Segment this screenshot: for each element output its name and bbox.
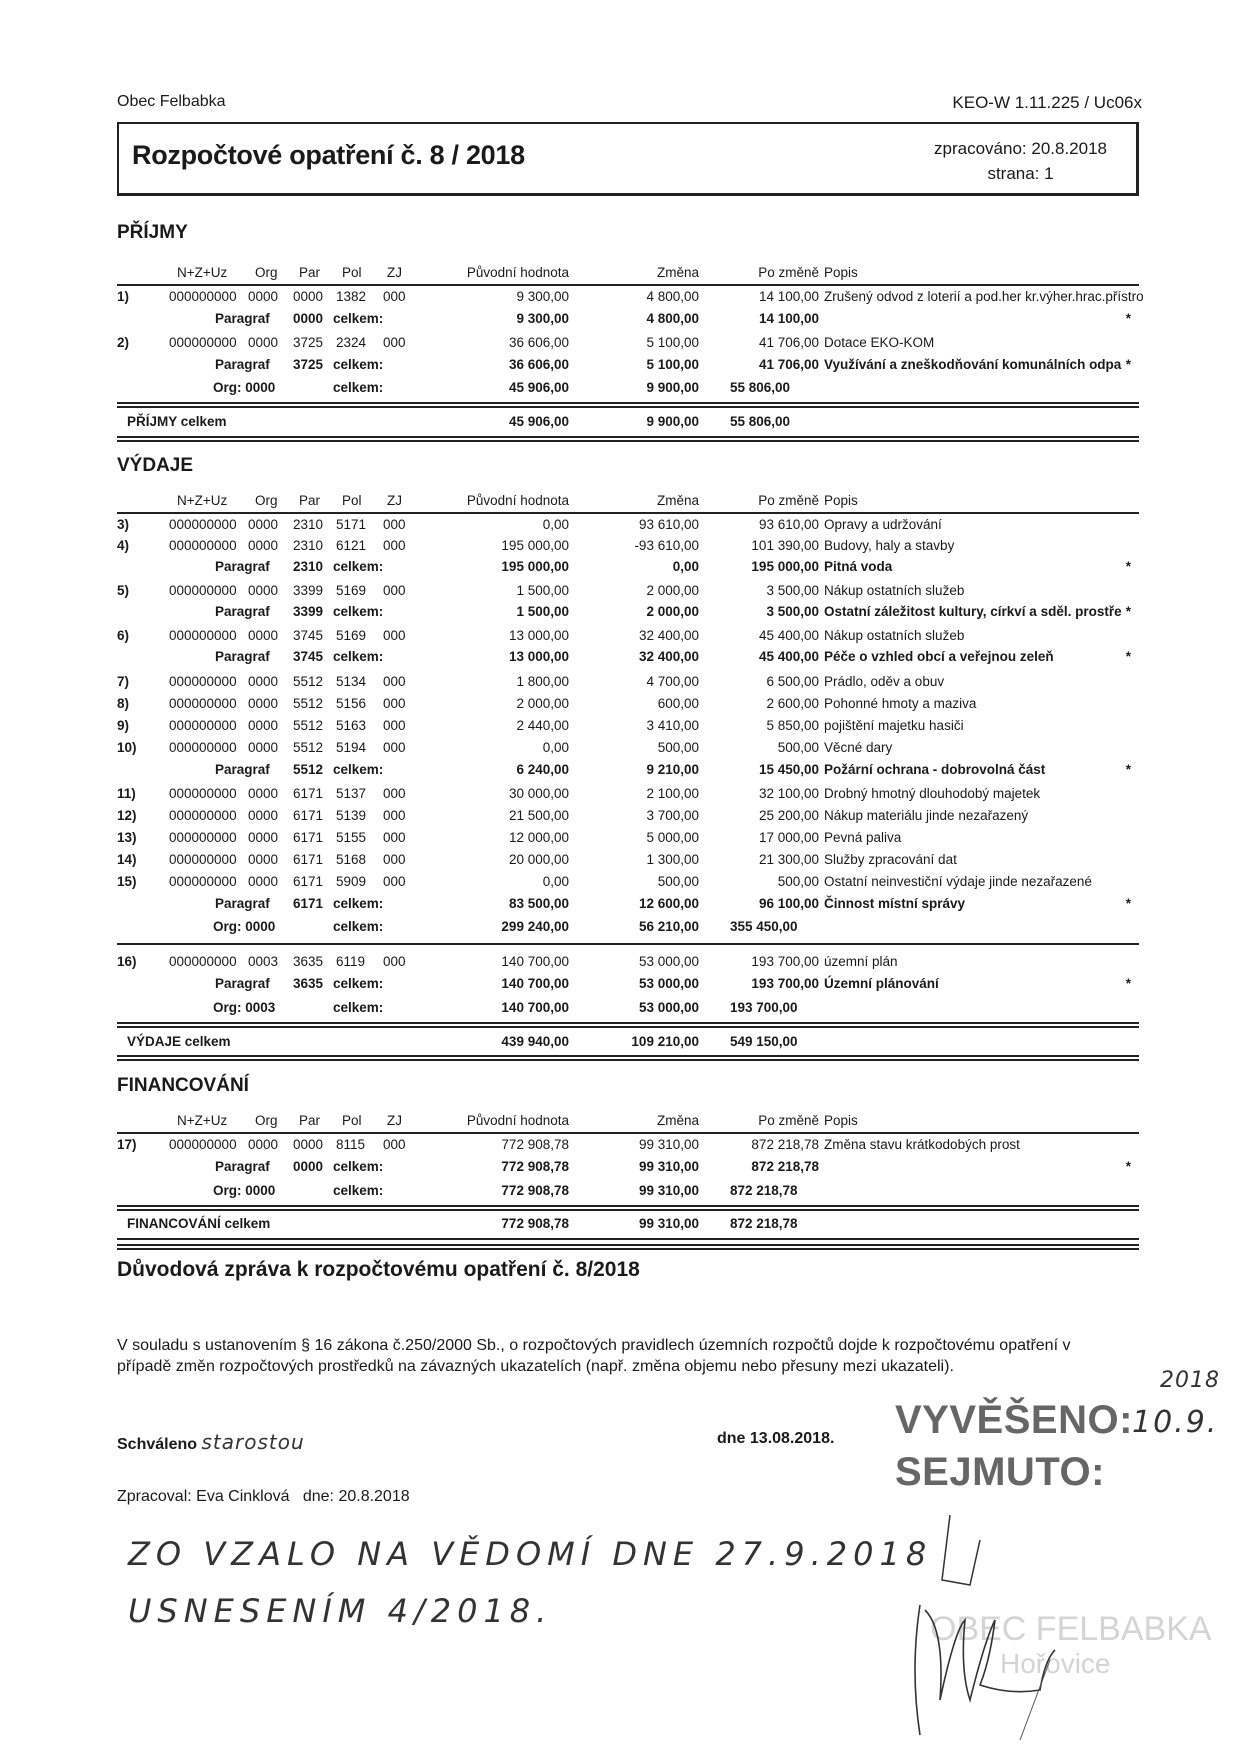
- subtotal-code: 3399: [293, 604, 323, 619]
- vydaje-section-title: VÝDAJE: [117, 455, 193, 477]
- divider: [117, 1055, 1139, 1061]
- asterisk-marker: *: [1126, 1159, 1131, 1174]
- cell-par: 6171: [293, 852, 323, 867]
- cell-original-value: 9 300,00: [516, 311, 569, 326]
- cell-change: 600,00: [658, 696, 699, 711]
- table-row: 1)0000000000000000013820009 300,004 800,…: [117, 287, 1139, 307]
- cell-zj: 000: [383, 517, 406, 532]
- cell-org: 0000: [248, 808, 278, 823]
- cell-after-change: 45 400,00: [759, 649, 819, 664]
- row-number: 8): [117, 696, 129, 711]
- org-total-label: Org: 0000: [213, 919, 275, 934]
- table-row: 8)0000000000000551251560002 000,00600,00…: [117, 694, 1139, 714]
- cell-org: 0000: [248, 852, 278, 867]
- cell-after-change: 32 100,00: [759, 786, 819, 801]
- column-header-zj: ZJ: [387, 493, 402, 508]
- cell-original-value: 772 908,78: [501, 1159, 569, 1174]
- cell-zj: 000: [383, 874, 406, 889]
- table-row: 11)00000000000006171513700030 000,002 10…: [117, 784, 1139, 804]
- subtotal-label: Paragraf: [215, 896, 270, 911]
- asterisk-marker: *: [1126, 559, 1131, 574]
- subtotal-code: 3725: [293, 357, 323, 372]
- cell-change: 93 610,00: [639, 517, 699, 532]
- paragraf-subtotal-row: Paragraf0000celkem:9 300,004 800,0014 10…: [117, 309, 1139, 329]
- cell-par: 6171: [293, 830, 323, 845]
- paragraf-subtotal-row: Paragraf3399celkem:1 500,002 000,003 500…: [117, 602, 1139, 622]
- cell-change: 9 210,00: [646, 762, 699, 777]
- cell-zj: 000: [383, 954, 406, 969]
- cell-par: 6171: [293, 786, 323, 801]
- table-row: 16)000000000000336356119000140 700,0053 …: [117, 952, 1139, 972]
- cell-original-value: 9 300,00: [516, 289, 569, 304]
- processed-date: zpracováno: 20.8.2018: [934, 136, 1107, 161]
- cell-org: 0000: [248, 696, 278, 711]
- total-change: 109 210,00: [631, 1034, 699, 1049]
- org-subtotal-row: Org: 0003celkem:140 700,0053 000,00193 7…: [117, 998, 1139, 1018]
- asterisk-marker: *: [1126, 357, 1131, 372]
- total-change: 99 310,00: [639, 1216, 699, 1231]
- table-row: 3)0000000000000231051710000,0093 610,009…: [117, 515, 1139, 535]
- page-number: strana: 1: [934, 161, 1107, 186]
- cell-change: 9 900,00: [646, 380, 699, 395]
- cell-original-value: 1 500,00: [516, 604, 569, 619]
- cell-original-value: 0,00: [543, 740, 569, 755]
- column-header-original: Původní hodnota: [467, 1113, 569, 1128]
- cell-zj: 000: [383, 583, 406, 598]
- posted-stamp: VYVĚŠENO:: [895, 1398, 1133, 1443]
- explanation-text: V souladu s ustanovením § 16 zákona č.25…: [117, 1335, 1117, 1377]
- cell-par: 5512: [293, 740, 323, 755]
- cell-org: 0000: [248, 718, 278, 733]
- cell-original-value: 195 000,00: [501, 559, 569, 574]
- column-header-org: Org: [255, 265, 278, 280]
- cell-par: 3635: [293, 954, 323, 969]
- cell-zj: 000: [383, 696, 406, 711]
- cell-description: Věcné dary: [824, 740, 892, 755]
- cell-nzuz: 000000000: [169, 852, 237, 867]
- cell-change: 99 310,00: [639, 1159, 699, 1174]
- org-total-total-label: celkem:: [333, 1000, 383, 1015]
- org-total-label: Org: 0000: [213, 380, 275, 395]
- cell-change: 32 400,00: [639, 649, 699, 664]
- cell-change: 53 000,00: [639, 1000, 699, 1015]
- row-number: 6): [117, 628, 129, 643]
- cell-original-value: 772 908,78: [501, 1183, 569, 1198]
- cell-zj: 000: [383, 808, 406, 823]
- table-row: 6)00000000000003745516900013 000,0032 40…: [117, 626, 1139, 646]
- cell-nzuz: 000000000: [169, 874, 237, 889]
- asterisk-marker: *: [1126, 311, 1131, 326]
- cell-after-change: 17 000,00: [759, 830, 819, 845]
- cell-description: Opravy a udržování: [824, 517, 942, 532]
- cell-org: 0000: [248, 786, 278, 801]
- cell-description: Péče o vzhled obcí a veřejnou zeleň: [824, 649, 1054, 664]
- section-total-label: VÝDAJE celkem: [127, 1034, 231, 1049]
- table-row: 2)00000000000003725232400036 606,005 100…: [117, 333, 1139, 353]
- cell-nzuz: 000000000: [169, 786, 237, 801]
- table-header: N+Z+UzOrgParPolZJPůvodní hodnotaZměnaPo …: [117, 263, 1139, 283]
- subtotal-label: Paragraf: [215, 311, 270, 326]
- cell-org: 0000: [248, 674, 278, 689]
- cell-nzuz: 000000000: [169, 954, 237, 969]
- cell-change: 99 310,00: [639, 1183, 699, 1198]
- total-change: 9 900,00: [646, 414, 699, 429]
- cell-original-value: 12 000,00: [509, 830, 569, 845]
- table-row: 13)00000000000006171515500012 000,005 00…: [117, 828, 1139, 848]
- org-subtotal-row: Org: 0000celkem:45 906,009 900,0055 806,…: [117, 378, 1139, 398]
- cell-after-change: 500,00: [778, 740, 819, 755]
- approved-label: Schváleno starostou: [117, 1430, 305, 1454]
- cell-after-change: 21 300,00: [759, 852, 819, 867]
- table-row: 17)000000000000000008115000772 908,7899 …: [117, 1135, 1139, 1155]
- cell-after-change: 3 500,00: [766, 583, 819, 598]
- cell-original-value: 45 906,00: [509, 380, 569, 395]
- column-header-par: Par: [299, 1113, 320, 1128]
- column-header-nzuz: N+Z+Uz: [177, 265, 227, 280]
- cell-after-change: 5 850,00: [766, 718, 819, 733]
- cell-pol: 5168: [336, 852, 366, 867]
- cell-description: Ostatní záležitost kultury, církví a sdě…: [824, 604, 1122, 619]
- table-row: 14)00000000000006171516800020 000,001 30…: [117, 850, 1139, 870]
- cell-after-change: 14 100,00: [759, 289, 819, 304]
- cell-nzuz: 000000000: [169, 718, 237, 733]
- cell-description: Budovy, haly a stavby: [824, 538, 954, 553]
- row-number: 5): [117, 583, 129, 598]
- subtotal-total-label: celkem:: [333, 976, 383, 991]
- paragraf-subtotal-row: Paragraf5512celkem:6 240,009 210,0015 45…: [117, 760, 1139, 780]
- cell-par: 3725: [293, 335, 323, 350]
- row-number: 17): [117, 1137, 137, 1152]
- cell-change: 500,00: [658, 740, 699, 755]
- row-number: 14): [117, 852, 137, 867]
- processed-by: Zpracoval: Eva Cinklová dne: 20.8.2018: [117, 1488, 410, 1506]
- cell-description: Nákup ostatních služeb: [824, 583, 964, 598]
- cell-nzuz: 000000000: [169, 335, 237, 350]
- cell-nzuz: 000000000: [169, 289, 237, 304]
- cell-change: 2 000,00: [646, 583, 699, 598]
- row-number: 3): [117, 517, 129, 532]
- cell-original-value: 6 240,00: [516, 762, 569, 777]
- prijmy-total-row: PŘÍJMY celkem45 906,009 900,0055 806,00: [117, 412, 1139, 432]
- column-header-after-change: Po změně: [758, 493, 819, 508]
- cell-change: 4 700,00: [646, 674, 699, 689]
- cell-description: Nákup ostatních služeb: [824, 628, 964, 643]
- column-header-zj: ZJ: [387, 1113, 402, 1128]
- subtotal-code: 2310: [293, 559, 323, 574]
- cell-pol: 5139: [336, 808, 366, 823]
- cell-after-change: 193 700,00: [730, 1000, 798, 1015]
- cell-pol: 5156: [336, 696, 366, 711]
- cell-change: 56 210,00: [639, 919, 699, 934]
- cell-par: 6171: [293, 874, 323, 889]
- asterisk-marker: *: [1126, 976, 1131, 991]
- cell-after-change: 355 450,00: [730, 919, 798, 934]
- cell-after-change: 14 100,00: [759, 311, 819, 326]
- paragraf-subtotal-row: Paragraf3745celkem:13 000,0032 400,0045 …: [117, 647, 1139, 667]
- subtotal-code: 5512: [293, 762, 323, 777]
- column-header-change: Změna: [657, 265, 699, 280]
- cell-description: Využívání a zneškodňování komunálních od…: [824, 357, 1121, 372]
- cell-original-value: 0,00: [543, 517, 569, 532]
- paragraf-subtotal-row: Paragraf2310celkem:195 000,000,00195 000…: [117, 557, 1139, 577]
- row-number: 1): [117, 289, 129, 304]
- divider: [117, 402, 1139, 408]
- cell-after-change: 55 806,00: [730, 380, 790, 395]
- table-row: 4)000000000000023106121000195 000,00-93 …: [117, 536, 1139, 556]
- cell-original-value: 21 500,00: [509, 808, 569, 823]
- cell-par: 0000: [293, 1137, 323, 1152]
- cell-original-value: 140 700,00: [501, 954, 569, 969]
- cell-original-value: 2 000,00: [516, 696, 569, 711]
- column-header-change: Změna: [657, 1113, 699, 1128]
- divider: [117, 1238, 1139, 1240]
- subtotal-total-label: celkem:: [333, 559, 383, 574]
- cell-nzuz: 000000000: [169, 517, 237, 532]
- cell-description: Změna stavu krátkodobých prost: [824, 1137, 1020, 1152]
- divider: [117, 512, 1139, 514]
- organization-name: Obec Felbabka: [117, 93, 226, 111]
- cell-org: 0000: [248, 583, 278, 598]
- cell-change: 500,00: [658, 874, 699, 889]
- cell-par: 0000: [293, 289, 323, 304]
- divider: [117, 1205, 1139, 1211]
- cell-change: 5 100,00: [646, 357, 699, 372]
- cell-change: 4 800,00: [646, 289, 699, 304]
- cell-description: Ostatní neinvestiční výdaje jinde nezařa…: [824, 874, 1092, 889]
- asterisk-marker: *: [1126, 762, 1131, 777]
- subtotal-code: 0000: [293, 1159, 323, 1174]
- cell-after-change: 41 706,00: [759, 357, 819, 372]
- divider: [117, 943, 1139, 945]
- financovani-section-title: FINANCOVÁNÍ: [117, 1075, 249, 1097]
- financovani-total-row: FINANCOVÁNÍ celkem772 908,7899 310,00872…: [117, 1214, 1139, 1234]
- column-header-pol: Pol: [342, 493, 362, 508]
- paragraf-subtotal-row: Paragraf6171celkem:83 500,0012 600,0096 …: [117, 894, 1139, 914]
- cell-after-change: 6 500,00: [766, 674, 819, 689]
- cell-par: 2310: [293, 517, 323, 532]
- table-header: N+Z+UzOrgParPolZJPůvodní hodnotaZměnaPo …: [117, 1111, 1139, 1131]
- cell-original-value: 36 606,00: [509, 357, 569, 372]
- divider: [117, 1132, 1139, 1134]
- cell-pol: 6121: [336, 538, 366, 553]
- cell-after-change: 96 100,00: [759, 896, 819, 911]
- table-row: 7)0000000000000551251340001 800,004 700,…: [117, 672, 1139, 692]
- column-header-nzuz: N+Z+Uz: [177, 493, 227, 508]
- cell-org: 0000: [248, 874, 278, 889]
- table-row: 5)0000000000000339951690001 500,002 000,…: [117, 581, 1139, 601]
- cell-zj: 000: [383, 830, 406, 845]
- cell-pol: 6119: [336, 954, 365, 969]
- explanation-title: Důvodová zpráva k rozpočtovému opatření …: [117, 1258, 640, 1282]
- cell-nzuz: 000000000: [169, 538, 237, 553]
- cell-after-change: 500,00: [778, 874, 819, 889]
- cell-par: 5512: [293, 674, 323, 689]
- cell-par: 6171: [293, 808, 323, 823]
- cell-after-change: 101 390,00: [751, 538, 819, 553]
- cell-pol: 1382: [336, 289, 366, 304]
- cell-original-value: 20 000,00: [509, 852, 569, 867]
- cell-description: Požární ochrana - dobrovolná část: [824, 762, 1045, 777]
- cell-description: Pohonné hmoty a maziva: [824, 696, 976, 711]
- row-number: 11): [117, 786, 136, 801]
- cell-change: 5 100,00: [646, 335, 699, 350]
- column-header-description: Popis: [824, 1113, 858, 1128]
- cell-change: 2 100,00: [646, 786, 699, 801]
- cell-description: Nákup materiálu jinde nezařazený: [824, 808, 1028, 823]
- subtotal-total-label: celkem:: [333, 896, 383, 911]
- cell-zj: 000: [383, 674, 406, 689]
- cell-pol: 5169: [336, 583, 366, 598]
- section-total-label: PŘÍJMY celkem: [127, 414, 227, 429]
- subtotal-code: 3635: [293, 976, 323, 991]
- subtotal-total-label: celkem:: [333, 604, 383, 619]
- cell-original-value: 299 240,00: [501, 919, 569, 934]
- cell-zj: 000: [383, 852, 406, 867]
- row-number: 16): [117, 954, 137, 969]
- handwritten-note-line2: USNESENÍM 4/2018.: [128, 1592, 552, 1630]
- column-header-original: Původní hodnota: [467, 493, 569, 508]
- column-header-original: Původní hodnota: [467, 265, 569, 280]
- row-number: 12): [117, 808, 137, 823]
- cell-nzuz: 000000000: [169, 696, 237, 711]
- cell-original-value: 13 000,00: [509, 649, 569, 664]
- cell-zj: 000: [383, 538, 406, 553]
- cell-pol: 5163: [336, 718, 366, 733]
- cell-change: 1 300,00: [646, 852, 699, 867]
- cell-pol: 2324: [336, 335, 366, 350]
- subtotal-label: Paragraf: [215, 649, 270, 664]
- cell-description: Územní plánování: [824, 976, 939, 991]
- divider: [117, 1022, 1139, 1028]
- subtotal-total-label: celkem:: [333, 357, 383, 372]
- subtotal-label: Paragraf: [215, 357, 270, 372]
- cell-nzuz: 000000000: [169, 674, 237, 689]
- subtotal-label: Paragraf: [215, 559, 270, 574]
- cell-change: 12 600,00: [639, 896, 699, 911]
- vydaje-total-row: VÝDAJE celkem439 940,00109 210,00549 150…: [117, 1032, 1139, 1052]
- cell-org: 0003: [248, 954, 278, 969]
- cell-change: 5 000,00: [646, 830, 699, 845]
- cell-pol: 5169: [336, 628, 366, 643]
- total-original-value: 772 908,78: [501, 1216, 569, 1231]
- cell-change: 32 400,00: [639, 628, 699, 643]
- cell-org: 0000: [248, 517, 278, 532]
- cell-zj: 000: [383, 740, 406, 755]
- asterisk-marker: *: [1126, 896, 1131, 911]
- total-original-value: 45 906,00: [509, 414, 569, 429]
- paragraf-subtotal-row: Paragraf3725celkem:36 606,005 100,0041 7…: [117, 355, 1139, 375]
- table-row: 9)0000000000000551251630002 440,003 410,…: [117, 716, 1139, 736]
- asterisk-marker: *: [1126, 604, 1131, 619]
- cell-zj: 000: [383, 718, 406, 733]
- column-header-org: Org: [255, 1113, 278, 1128]
- cell-after-change: 872 218,78: [751, 1159, 819, 1174]
- total-after-change: 55 806,00: [730, 414, 790, 429]
- org-total-total-label: celkem:: [333, 1183, 383, 1198]
- total-after-change: 872 218,78: [730, 1216, 798, 1231]
- subtotal-total-label: celkem:: [333, 1159, 383, 1174]
- cell-after-change: 3 500,00: [766, 604, 819, 619]
- cell-par: 2310: [293, 538, 323, 553]
- cell-zj: 000: [383, 335, 406, 350]
- column-header-par: Par: [299, 265, 320, 280]
- asterisk-marker: *: [1126, 649, 1131, 664]
- cell-zj: 000: [383, 289, 406, 304]
- cell-pol: 5134: [336, 674, 366, 689]
- cell-description: Prádlo, oděv a obuv: [824, 674, 944, 689]
- cell-change: 3 700,00: [646, 808, 699, 823]
- row-number: 15): [117, 874, 137, 889]
- cell-change: -93 610,00: [634, 538, 699, 553]
- total-original-value: 439 940,00: [501, 1034, 569, 1049]
- paragraf-subtotal-row: Paragraf0000celkem:772 908,7899 310,0087…: [117, 1157, 1139, 1177]
- cell-change: 0,00: [673, 559, 699, 574]
- column-header-description: Popis: [824, 265, 858, 280]
- cell-pol: 8115: [336, 1137, 365, 1152]
- subtotal-total-label: celkem:: [333, 649, 383, 664]
- cell-nzuz: 000000000: [169, 808, 237, 823]
- cell-org: 0000: [248, 538, 278, 553]
- cell-description: územní plán: [824, 954, 898, 969]
- cell-change: 4 800,00: [646, 311, 699, 326]
- column-header-description: Popis: [824, 493, 858, 508]
- divider: [117, 1244, 1139, 1250]
- cell-org: 0000: [248, 1137, 278, 1152]
- cell-zj: 000: [383, 628, 406, 643]
- column-header-nzuz: N+Z+Uz: [177, 1113, 227, 1128]
- subtotal-label: Paragraf: [215, 1159, 270, 1174]
- cell-after-change: 93 610,00: [759, 517, 819, 532]
- document-meta: zpracováno: 20.8.2018 strana: 1: [934, 136, 1107, 186]
- section-total-label: FINANCOVÁNÍ celkem: [127, 1216, 270, 1231]
- total-after-change: 549 150,00: [730, 1034, 798, 1049]
- cell-org: 0000: [248, 335, 278, 350]
- row-number: 7): [117, 674, 129, 689]
- approved-date: dne 13.08.2018.: [717, 1430, 834, 1448]
- cell-pol: 5155: [336, 830, 366, 845]
- cell-nzuz: 000000000: [169, 583, 237, 598]
- cell-original-value: 36 606,00: [509, 335, 569, 350]
- row-number: 2): [117, 335, 129, 350]
- cell-pol: 5137: [336, 786, 366, 801]
- posted-year-handwriting: 2018: [1160, 1368, 1220, 1393]
- table-row: 12)00000000000006171513900021 500,003 70…: [117, 806, 1139, 826]
- handwritten-note-line1: ZO VZALO NA VĚDOMÍ DNE 27.9.2018: [128, 1535, 932, 1573]
- cell-par: 3745: [293, 628, 323, 643]
- cell-after-change: 872 218,78: [730, 1183, 798, 1198]
- org-total-label: Org: 0000: [213, 1183, 275, 1198]
- subtotal-label: Paragraf: [215, 976, 270, 991]
- cell-org: 0000: [248, 289, 278, 304]
- cell-after-change: 15 450,00: [759, 762, 819, 777]
- signature-icon: [900, 1510, 1100, 1740]
- cell-nzuz: 000000000: [169, 740, 237, 755]
- cell-original-value: 13 000,00: [509, 628, 569, 643]
- column-header-zj: ZJ: [387, 265, 402, 280]
- cell-after-change: 872 218,78: [751, 1137, 819, 1152]
- cell-after-change: 2 600,00: [766, 696, 819, 711]
- cell-description: Dotace EKO-KOM: [824, 335, 934, 350]
- divider: [117, 284, 1139, 286]
- cell-change: 53 000,00: [639, 954, 699, 969]
- org-total-total-label: celkem:: [333, 919, 383, 934]
- cell-par: 5512: [293, 696, 323, 711]
- cell-nzuz: 000000000: [169, 1137, 237, 1152]
- cell-after-change: 41 706,00: [759, 335, 819, 350]
- cell-zj: 000: [383, 1137, 406, 1152]
- org-subtotal-row: Org: 0000celkem:299 240,0056 210,00355 4…: [117, 917, 1139, 937]
- org-total-label: Org: 0003: [213, 1000, 275, 1015]
